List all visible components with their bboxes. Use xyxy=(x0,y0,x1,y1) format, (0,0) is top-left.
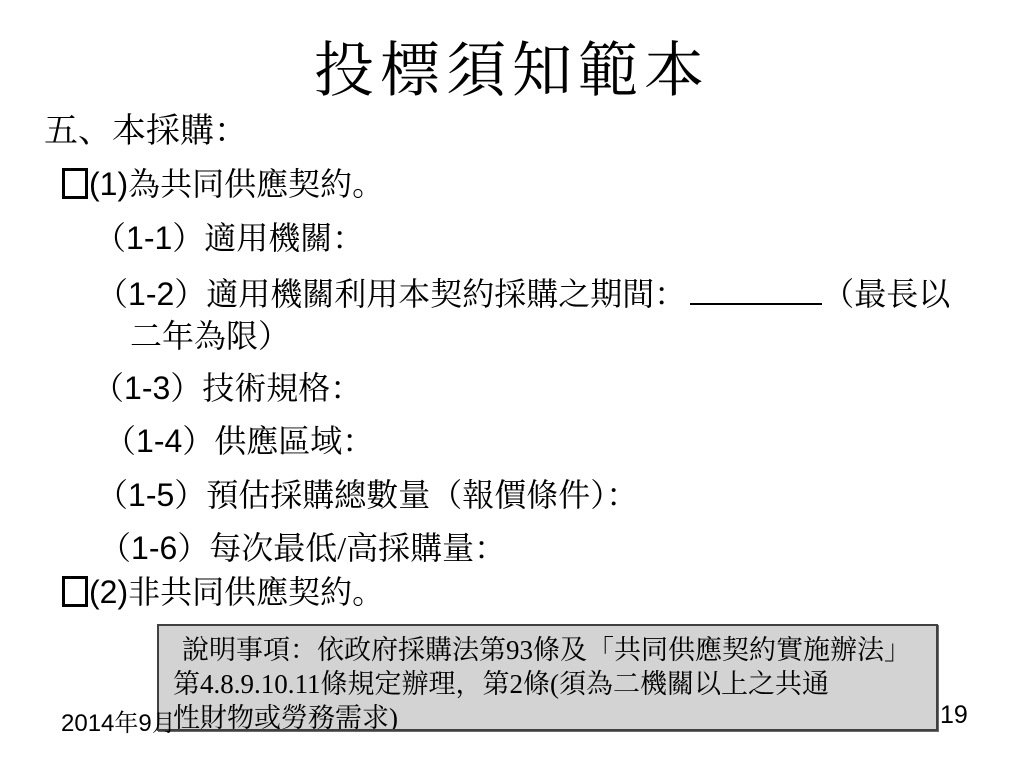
subitem-1-1: （1-1）適用機關： xyxy=(94,220,364,257)
fill-in-blank xyxy=(690,277,822,305)
option-number: (2) xyxy=(89,574,128,610)
slide-title: 投標須知範本 xyxy=(0,38,1024,104)
note-box: 說明事項：依政府採購法第93條及「共同供應契約實施辦法」 第4.8.9.10.1… xyxy=(157,624,938,731)
subitem-number: 1-5 xyxy=(128,477,174,513)
subitem-1-2-wrap-line: 二年為限） xyxy=(130,318,290,355)
subitem-text: 適用機關利用本契約採購之期間： xyxy=(206,276,686,312)
subitem-1-4: （1-4）供應區域： xyxy=(104,423,374,460)
option-text: 非共同供應契約。 xyxy=(128,574,384,610)
option-number: (1) xyxy=(89,166,128,202)
footer-date: 2014年9月 xyxy=(61,703,176,738)
paren-open: （ xyxy=(96,276,128,312)
subitem-1-2: （1-2）適用機關利用本契約採購之期間：（最長以 xyxy=(96,276,950,313)
paren-open: （ xyxy=(96,477,128,513)
paren-close: ） xyxy=(174,477,206,513)
option-item-2: (2)非共同供應契約。 xyxy=(62,574,384,611)
subitem-1-5: （1-5）預估採購總數量（報價條件）： xyxy=(96,477,638,514)
paren-close: ） xyxy=(177,530,209,566)
paren-open: （ xyxy=(99,530,131,566)
paren-close: ） xyxy=(174,276,206,312)
subitem-text: 每次最低/高採購量： xyxy=(209,530,506,566)
subitem-number: 1-1 xyxy=(126,220,172,256)
paren-close: ） xyxy=(170,370,202,406)
paren-open: （ xyxy=(94,220,126,256)
subitem-1-3: （1-3）技術規格： xyxy=(92,370,362,407)
page-number: 19 xyxy=(940,701,968,730)
empty-checkbox-icon xyxy=(62,576,88,607)
section-heading: 五、本採購： xyxy=(44,112,248,151)
empty-checkbox-icon xyxy=(62,168,88,199)
note-line: 性財物或勞務需求) xyxy=(173,701,932,731)
presentation-slide: 投標須知範本 五、本採購： (1)為共同供應契約。 （1-1）適用機關： （1-… xyxy=(0,0,1024,768)
subitem-number: 1-6 xyxy=(131,530,177,566)
note-line: 第4.8.9.10.11條規定辦理，第2條(須為二機關以上之共通 xyxy=(173,667,932,701)
subitem-text: 適用機關： xyxy=(204,220,364,256)
option-text: 為共同供應契約。 xyxy=(128,166,384,202)
subitem-number: 1-3 xyxy=(124,370,170,406)
option-item-1: (1)為共同供應契約。 xyxy=(62,166,384,203)
subitem-text: 預估採購總數量（報價條件）： xyxy=(206,477,638,513)
subitem-text-after-blank: （最長以 xyxy=(822,276,950,312)
subitem-text: 供應區域： xyxy=(214,423,374,459)
subitem-1-6: （1-6）每次最低/高採購量： xyxy=(99,530,506,567)
paren-open: （ xyxy=(104,423,136,459)
paren-close: ） xyxy=(182,423,214,459)
subitem-text: 技術規格： xyxy=(202,370,362,406)
subitem-number: 1-4 xyxy=(136,423,182,459)
note-line: 說明事項：依政府採購法第93條及「共同供應契約實施辦法」 xyxy=(173,633,932,667)
subitem-number: 1-2 xyxy=(128,276,174,312)
paren-open: （ xyxy=(92,370,124,406)
paren-close: ） xyxy=(172,220,204,256)
